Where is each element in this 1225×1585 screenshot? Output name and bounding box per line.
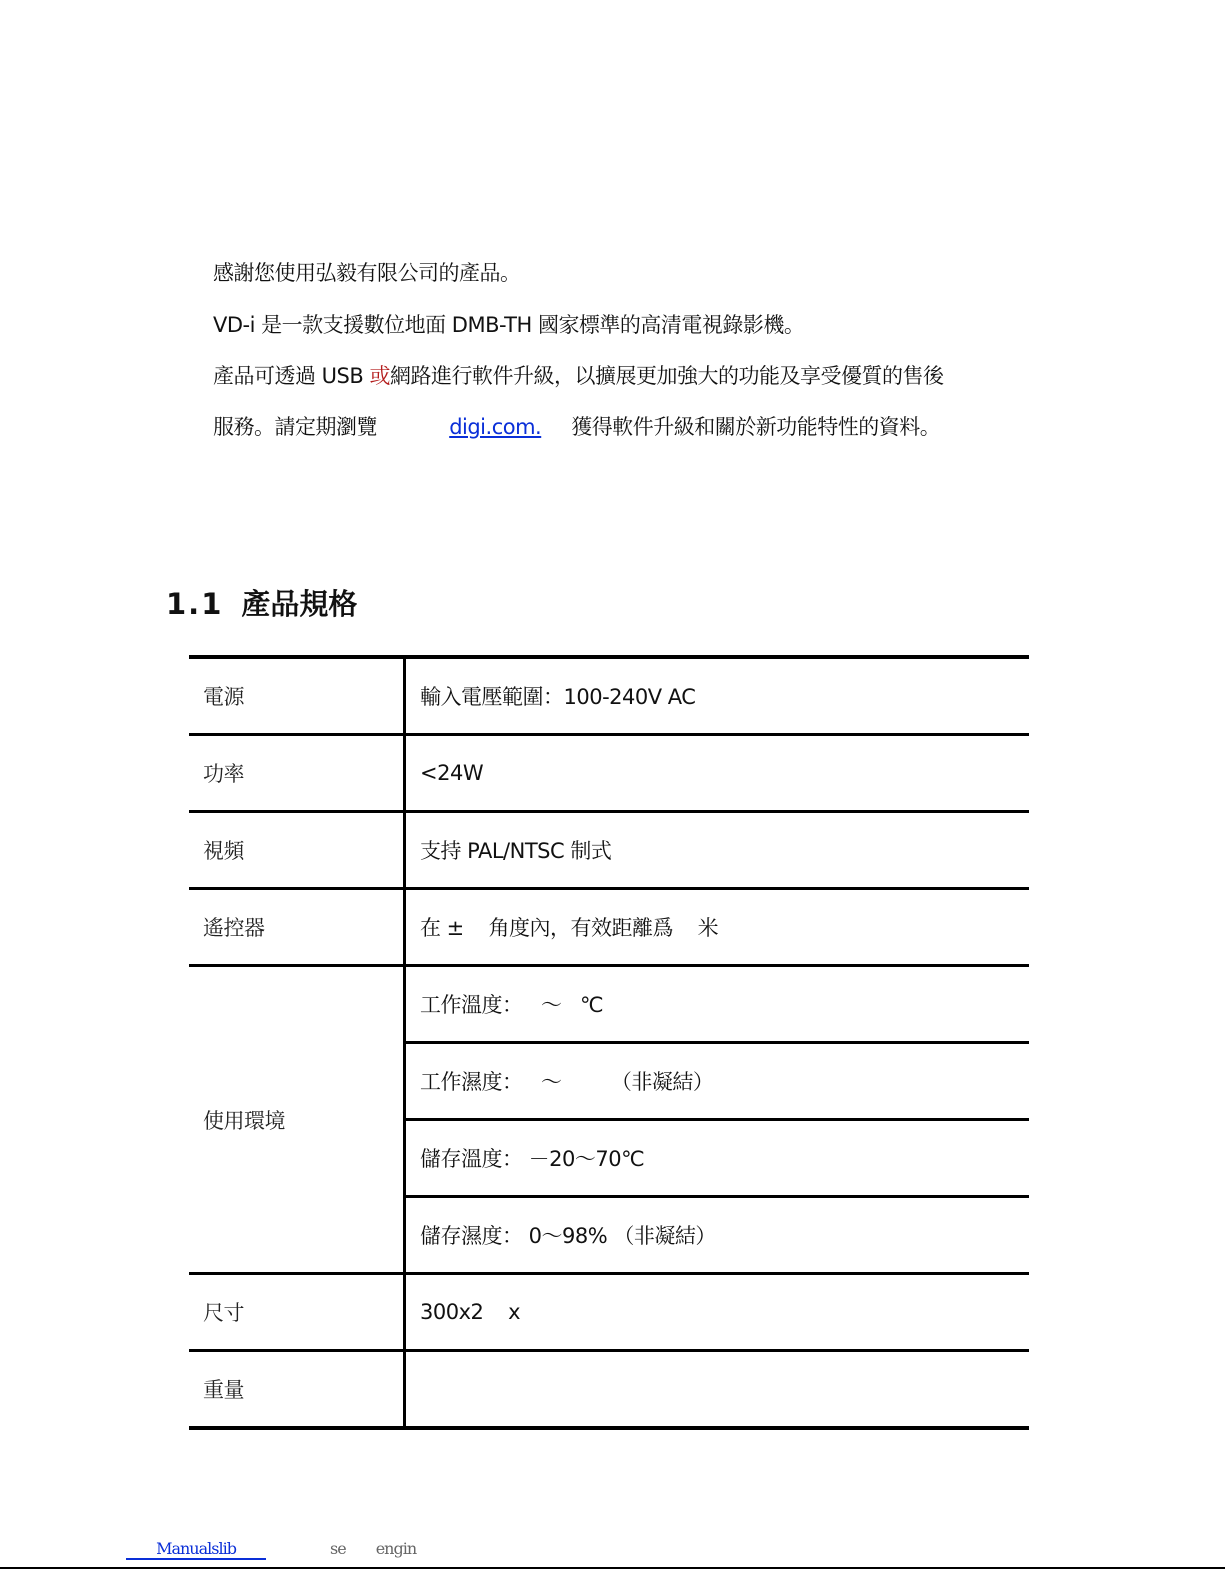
spec-value: 300x2 x <box>405 1274 1030 1351</box>
footer-word: se <box>330 1539 346 1558</box>
intro-line-3: 產品可透過 USB 或網路進行軟件升級，以擴展更加強大的功能及享受優質的售後 <box>213 361 943 391</box>
spec-label: 功率 <box>189 735 405 812</box>
table-row: 視頻 支持 PAL/NTSC 制式 <box>189 812 1029 889</box>
section-number: 1.1 <box>166 587 223 621</box>
spec-value: 工作濕度： ～ （非凝結） <box>405 1043 1030 1120</box>
table-row: 電源 輸入電壓範圍：100-240V AC <box>189 657 1029 735</box>
spec-value: 儲存濕度： 0～98% （非凝結） <box>405 1197 1030 1274</box>
section-heading: 1.1產品規格 <box>166 582 357 623</box>
intro-line-4: 服務。請定期瀏覽 digi.com. 獲得軟件升級和關於新功能特性的資料。 <box>213 412 940 442</box>
intro-line-2: VD-i 是一款支援數位地面 DMB-TH 國家標準的高清電視錄影機。 <box>213 310 804 340</box>
footer: Manualslib seengin <box>0 1539 1225 1569</box>
spec-value: 在 ± 角度內，有效距離爲 米 <box>405 889 1030 966</box>
table-row: 遙控器 在 ± 角度內，有效距離爲 米 <box>189 889 1029 966</box>
intro-line-3-end: 網路進行軟件升級，以擴展更加強大的功能及享受優質的售後 <box>390 364 944 388</box>
manualslib-link[interactable]: Manualslib <box>126 1539 266 1560</box>
table-row: 功率 <24W <box>189 735 1029 812</box>
table-row: 使用環境 工作溫度： ～ ℃ <box>189 966 1029 1043</box>
intro-line-4-start: 服務。請定期瀏覽 <box>213 415 383 439</box>
spec-label: 重量 <box>189 1351 405 1429</box>
spec-value: <24W <box>405 735 1030 812</box>
footer-word: engin <box>376 1539 416 1558</box>
table-row: 重量 <box>189 1351 1029 1429</box>
website-link-text[interactable]: digi.com. <box>449 415 541 439</box>
spec-value: 工作溫度： ～ ℃ <box>405 966 1030 1043</box>
highlighted-word: 或 <box>369 364 390 388</box>
intro-line-1: 感謝您使用弘毅有限公司的產品。 <box>213 258 521 288</box>
spec-value: 支持 PAL/NTSC 制式 <box>405 812 1030 889</box>
spec-label: 視頻 <box>189 812 405 889</box>
website-link[interactable]: digi.com. <box>383 415 571 439</box>
intro-line-4-end: 獲得軟件升級和關於新功能特性的資料。 <box>571 415 940 439</box>
spec-value <box>405 1351 1030 1429</box>
spec-label: 遙控器 <box>189 889 405 966</box>
spec-label: 尺寸 <box>189 1274 405 1351</box>
spec-label: 電源 <box>189 657 405 735</box>
footer-search-text: seengin <box>330 1539 446 1558</box>
spec-table: 電源 輸入電壓範圍：100-240V AC 功率 <24W 視頻 支持 PAL/… <box>189 655 1029 1430</box>
table-row: 尺寸 300x2 x <box>189 1274 1029 1351</box>
spec-value: 輸入電壓範圍：100-240V AC <box>405 657 1030 735</box>
intro-line-3-start: 產品可透過 USB <box>213 364 369 388</box>
spec-label-environment: 使用環境 <box>189 966 405 1274</box>
footer-divider <box>0 1567 1225 1569</box>
spec-value: 儲存溫度： －20～70℃ <box>405 1120 1030 1197</box>
section-title: 產品規格 <box>241 587 357 621</box>
